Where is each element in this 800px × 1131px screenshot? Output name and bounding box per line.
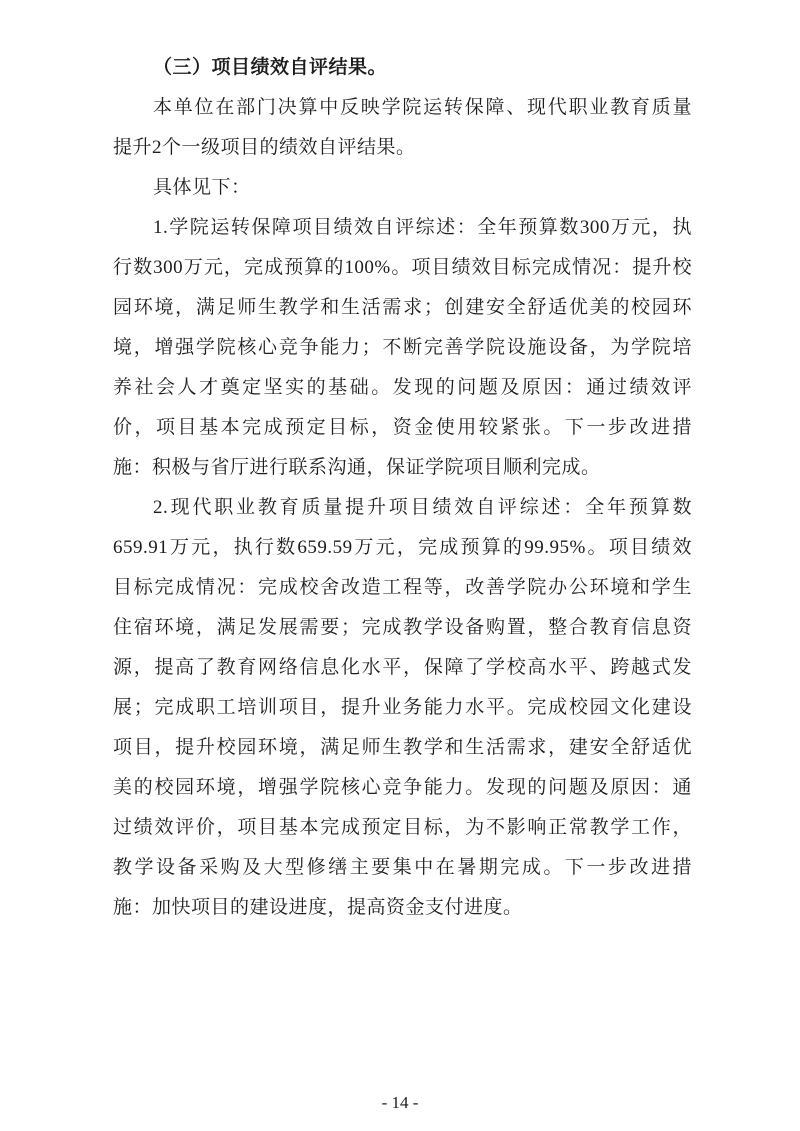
text-line: 价，项目基本完成预定目标，资金使用较紧张。下一步改进措 bbox=[113, 408, 692, 448]
text-line: 展；完成职工培训项目，提升业务能力水平。完成校园文化建设 bbox=[113, 688, 692, 728]
text-line: 过绩效评价，项目基本完成预定目标，为不影响正常教学工作， bbox=[113, 808, 692, 848]
text-line: 1.学院运转保障项目绩效自评综述：全年预算数300万元，执 bbox=[113, 208, 692, 248]
text-line: 源，提高了教育网络信息化水平，保障了学校高水平、跨越式发 bbox=[113, 648, 692, 688]
text-line: 目标完成情况：完成校舍改造工程等，改善学院办公环境和学生 bbox=[113, 568, 692, 608]
document-body: （三）项目绩效自评结果。 本单位在部门决算中反映学院运转保障、现代职业教育质量 … bbox=[113, 48, 692, 928]
text-line: 住宿环境，满足发展需要；完成教学设备购置，整合教育信息资 bbox=[113, 608, 692, 648]
text-line: 659.91万元，执行数659.59万元，完成预算的99.95%。项目绩效 bbox=[113, 528, 692, 568]
text-line: 本单位在部门决算中反映学院运转保障、现代职业教育质量 bbox=[113, 88, 692, 128]
document-page: （三）项目绩效自评结果。 本单位在部门决算中反映学院运转保障、现代职业教育质量 … bbox=[0, 0, 800, 1131]
text-line: 项目，提升校园环境，满足师生教学和生活需求，建安全舒适优 bbox=[113, 728, 692, 768]
text-line: 提升2个一级项目的绩效自评结果。 bbox=[113, 128, 692, 168]
text-line: 具体见下： bbox=[113, 168, 692, 208]
section-heading: （三）项目绩效自评结果。 bbox=[113, 48, 692, 88]
text-line: 行数300万元，完成预算的100%。项目绩效目标完成情况：提升校 bbox=[113, 248, 692, 288]
text-line: 养社会人才奠定坚实的基础。发现的问题及原因：通过绩效评 bbox=[113, 368, 692, 408]
text-line: 美的校园环境，增强学院核心竞争能力。发现的问题及原因：通 bbox=[113, 768, 692, 808]
text-line: 教学设备采购及大型修缮主要集中在暑期完成。下一步改进措 bbox=[113, 848, 692, 888]
page-number: - 14 - bbox=[0, 1092, 800, 1114]
text-line: 施：加快项目的建设进度，提高资金支付进度。 bbox=[113, 888, 692, 928]
text-line: 园环境，满足师生教学和生活需求；创建安全舒适优美的校园环 bbox=[113, 288, 692, 328]
text-line: 境，增强学院核心竞争能力；不断完善学院设施设备，为学院培 bbox=[113, 328, 692, 368]
text-line: 2.现代职业教育质量提升项目绩效自评综述：全年预算数 bbox=[113, 488, 692, 528]
text-line: 施：积极与省厅进行联系沟通，保证学院项目顺利完成。 bbox=[113, 448, 692, 488]
